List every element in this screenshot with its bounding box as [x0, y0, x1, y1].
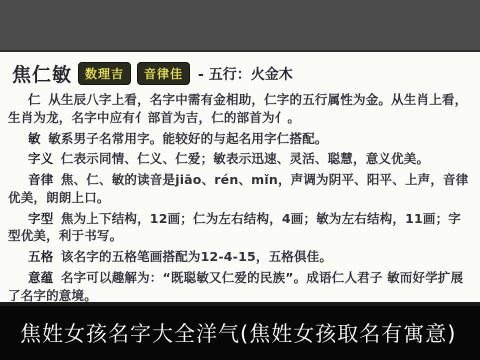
paragraph-text: 焦、仁、敏的读音是jiāo、rén、mǐn，声调为阴平、阳平、上声，音律优美，朗…	[8, 172, 468, 205]
article-content: 焦仁敏 数理吉 音律佳 - 五行：火金木 仁从生辰八字上看，名字中需有金相助，仁…	[0, 52, 480, 302]
paragraph-text: 该名字的五格笔画搭配为12-4-15，五格俱佳。	[61, 249, 332, 264]
top-header-band	[0, 0, 480, 52]
paragraph-label: 敏	[28, 131, 41, 146]
paragraph-label: 五格	[28, 249, 53, 264]
wuxing-suffix: - 五行：火金木	[198, 64, 293, 84]
analysis-paragraph: 字型焦为上下结构，12画；仁为左右结构，4画；敏为左右结构，11画；字型优美，利…	[8, 210, 472, 246]
footer-title-bar: 焦姓女孩名字大全洋气(焦姓女孩取名有寓意)	[0, 302, 480, 360]
analysis-paragraph: 字义仁表示同情、仁义、仁爱；敏表示迅速、灵活、聪慧，意义优美。	[8, 150, 472, 168]
paragraph-label: 仁	[28, 92, 41, 107]
analysis-paragraph: 仁从生辰八字上看，名字中需有金相助，仁字的五行属性为金。从生肖上看，生肖为龙，名…	[8, 91, 472, 127]
paragraph-list: 仁从生辰八字上看，名字中需有金相助，仁字的五行属性为金。从生肖上看，生肖为龙，名…	[8, 91, 472, 302]
badge-yinlv[interactable]: 音律佳	[137, 62, 190, 85]
paragraph-label: 字义	[28, 151, 53, 166]
analysis-paragraph: 音律焦、仁、敏的读音是jiāo、rén、mǐn，声调为阴平、阳平、上声，音律优美…	[8, 171, 472, 207]
name-heading: 焦仁敏 数理吉 音律佳 - 五行：火金木	[12, 60, 472, 87]
page-frame: 焦仁敏 数理吉 音律佳 - 五行：火金木 仁从生辰八字上看，名字中需有金相助，仁…	[0, 0, 480, 360]
paragraph-label: 音律	[28, 172, 53, 187]
analysis-paragraph: 五格该名字的五格笔画搭配为12-4-15，五格俱佳。	[8, 248, 472, 266]
analysis-paragraph: 敏敏系男子名常用字。能较好的与起名用字仁搭配。	[8, 130, 472, 148]
paragraph-text: 仁表示同情、仁义、仁爱；敏表示迅速、灵活、聪慧，意义优美。	[61, 151, 429, 166]
person-name: 焦仁敏	[12, 60, 72, 87]
analysis-paragraph: 意蕴名字可以趣解为：“既聪敏又仁爱的民族”。成语仁人君子 敏而好学扩展了名字的意…	[8, 269, 472, 302]
paragraph-text: 名字可以趣解为：“既聪敏又仁爱的民族”。成语仁人君子 敏而好学扩展了名字的意境。	[8, 270, 463, 302]
paragraph-text: 从生辰八字上看，名字中需有金相助，仁字的五行属性为金。从生肖上看，生肖为龙，名字…	[8, 92, 467, 125]
paragraph-label: 意蕴	[28, 270, 53, 285]
badge-shuli[interactable]: 数理吉	[78, 62, 131, 85]
paragraph-label: 字型	[28, 211, 53, 226]
paragraph-text: 焦为上下结构，12画；仁为左右结构，4画；敏为左右结构，11画；字型优美，利于书…	[8, 211, 461, 244]
paragraph-text: 敏系男子名常用字。能较好的与起名用字仁搭配。	[48, 131, 327, 146]
page-title: 焦姓女孩名字大全洋气(焦姓女孩取名有寓意)	[0, 318, 456, 348]
